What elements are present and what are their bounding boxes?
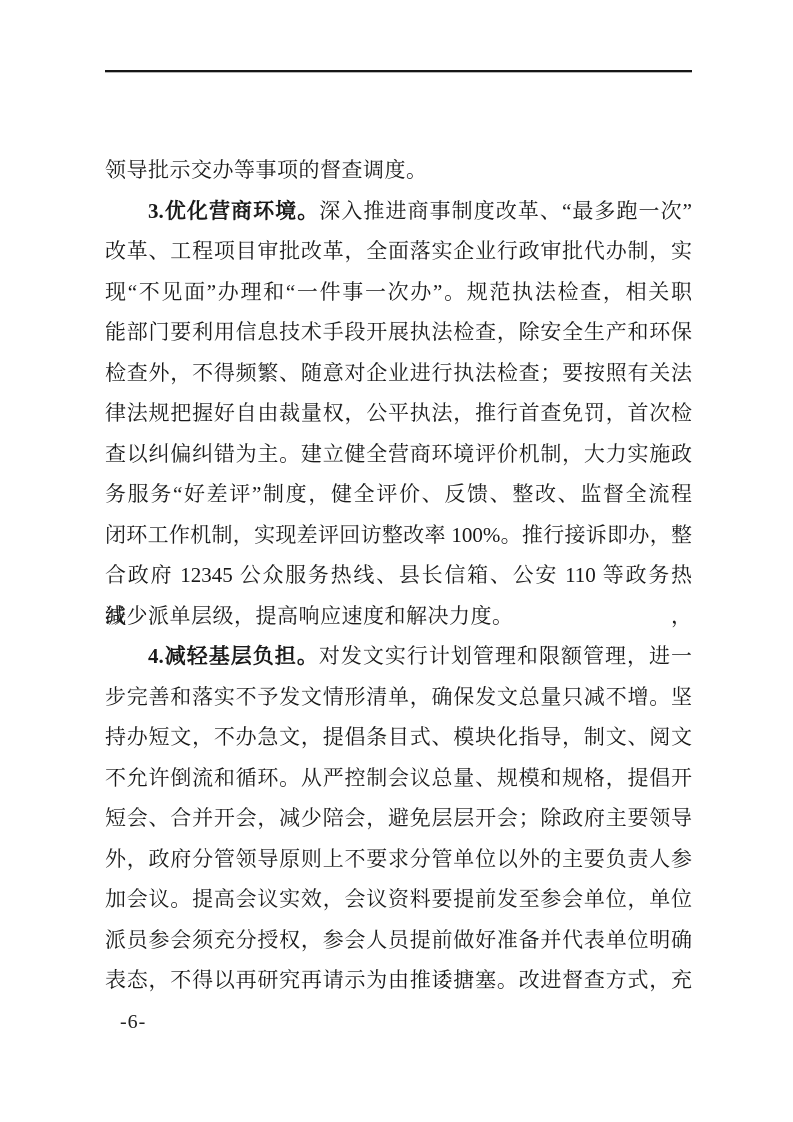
body-line: 短会、合并开会，减少陪会，避免层层开会；除政府主要领导 [105,798,692,839]
body-line: 律法规把握好自由裁量权，公平执法，推行首查免罚，首次检 [105,393,692,434]
body-line: 表态，不得以再研究再请示为由推诿搪塞。改进督查方式，充 [105,960,692,1001]
body-line-heading-4: 4.减轻基层负担。对发文实行计划管理和限额管理，进一 [105,636,692,677]
body-line: 合政府 12345 公众服务热线、县长信箱、公安 110 等政务热线， [105,555,692,596]
header-rule [105,70,692,73]
body-line: 派员参会须充分授权，参会人员提前做好准备并代表单位明确 [105,920,692,961]
body-line: 现“不见面”办理和“一件事一次办”。规范执法检查，相关职 [105,272,692,313]
body-line: 领导批示交办等事项的督查调度。 [105,150,692,191]
body-line: 外，政府分管领导原则上不要求分管单位以外的主要负责人参 [105,839,692,880]
body-line: 检查外，不得频繁、随意对企业进行执法检查；要按照有关法 [105,353,692,394]
document-page: 领导批示交办等事项的督查调度。 3.优化营商环境。深入推进商事制度改革、“最多跑… [0,0,793,1122]
body-line: 查以纠偏纠错为主。建立健全营商环境评价机制，大力实施政 [105,434,692,475]
heading-3-following-text: 深入推进商事制度改革、“最多跑一次” [319,199,692,223]
heading-4-following-text: 对发文实行计划管理和限额管理，进一 [319,644,692,668]
page-number: -6- [120,1008,146,1036]
document-body: 领导批示交办等事项的督查调度。 3.优化营商环境。深入推进商事制度改革、“最多跑… [105,150,692,1001]
body-line: 闭环工作机制，实现差评回访整改率 100%。推行接诉即办，整 [105,515,692,556]
body-line: 能部门要利用信息技术手段开展执法检查，除安全生产和环保 [105,312,692,353]
body-line: 不允许倒流和循环。从严控制会议总量、规模和规格，提倡开 [105,758,692,799]
body-line: 务服务“好差评”制度，健全评价、反馈、整改、监督全流程 [105,474,692,515]
body-line: 改革、工程项目审批改革，全面落实企业行政审批代办制，实 [105,231,692,272]
heading-3-label: 3.优化营商环境。 [148,199,319,223]
body-line-heading-3: 3.优化营商环境。深入推进商事制度改革、“最多跑一次” [105,191,692,232]
body-line: 步完善和落实不予发文情形清单，确保发文总量只减不增。坚 [105,677,692,718]
body-line: 加会议。提高会议实效，会议资料要提前发至参会单位，单位 [105,879,692,920]
body-line: 持办短文，不办急文，提倡条目式、模块化指导，制文、阅文 [105,717,692,758]
heading-4-label: 4.减轻基层负担。 [148,644,319,668]
